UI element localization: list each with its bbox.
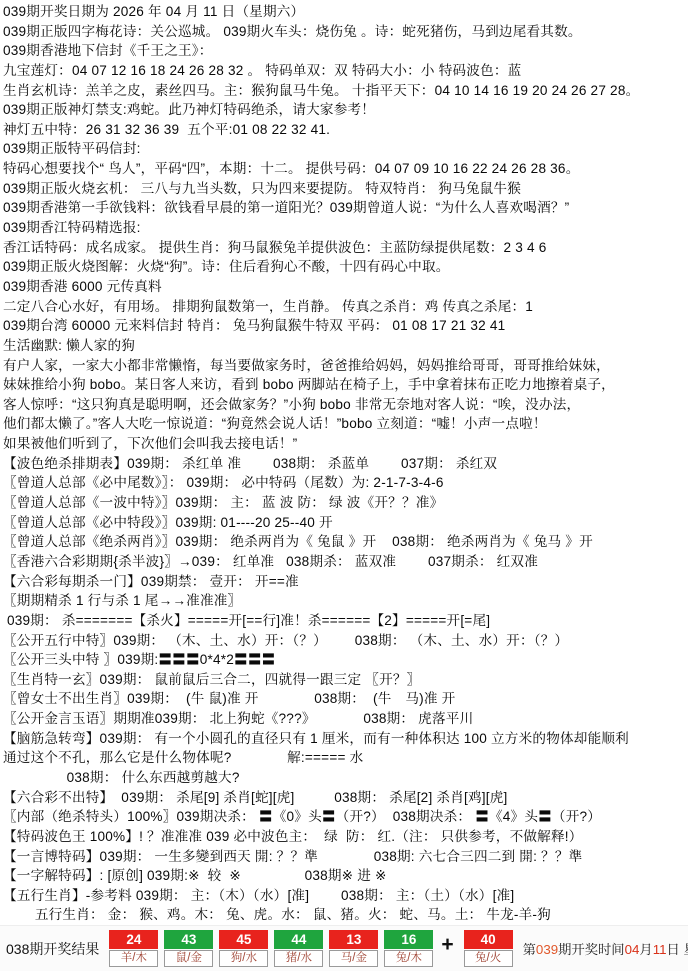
ball-zodiac: 兔/火 (464, 950, 513, 967)
next-draw-day-unit: 日 星期 (667, 942, 688, 957)
doc-line: 〖香港六合彩期期{杀半波}〗→039： 红单准 038期杀： 蓝双准 037期杀… (3, 552, 688, 572)
doc-line: 039期正版火烧图解：火烧“狗”。诗：住后看狗心不酸，十四有码心中取。 (3, 257, 688, 277)
doc-line: 039期正版火烧玄机： 三八与九当头数，只为四来要提防。 特双特肖： 狗马兔鼠牛… (3, 179, 688, 199)
result-balls: 24 羊/木 43 鼠/金 45 狗/水 44 猪/水 13 马/金 16 兔/… (109, 930, 512, 967)
doc-line: 如果被他们听到了，下次他们会叫我去接电话！” (3, 434, 688, 454)
doc-line: 通过这个不孔，那么它是什么物体呢? 解:===== 水 (3, 748, 688, 768)
doc-line: 他们都太懒了。”客人大吃一惊说道：“狗竟然会说人话！”bobo 立刻道：“嘘！小… (3, 414, 688, 434)
ball-zodiac: 马/金 (329, 950, 378, 967)
doc-line: 神灯五中特：26 31 32 36 39 五个平:01 08 22 32 41. (3, 120, 688, 140)
ball-zodiac: 兔/木 (384, 950, 433, 967)
doc-line: 〖内部（绝杀特头）100%〗039期决杀： 〓《0》头〓（开?） 038期决杀：… (3, 807, 688, 827)
doc-line: 〖曾道人总部《必中尾数》〗： 039期： 必中特码（尾数）为: 2-1-7-3-… (3, 473, 688, 493)
result-ball: 44 猪/水 (274, 930, 323, 967)
result-ball: 45 狗/水 (219, 930, 268, 967)
doc-line: 〖公开三头中特 〗039期:〓〓〓0*4*2〓〓〓 (3, 650, 688, 670)
next-draw-prefix: 第 (523, 942, 536, 957)
doc-line: 九宝莲灯：04 07 12 16 18 24 26 28 32 。 特码单双：双… (3, 61, 688, 81)
doc-line: 039期正版特平码信封: (3, 139, 688, 159)
doc-line: 〖公开金言玉语〗期期准039期： 北上狗蛇《???》 038期： 虎落平川 (3, 709, 688, 729)
doc-line: 生肖玄机诗：羔羊之皮，素丝四马。主：猴狗鼠马牛兔。 十指平天下：04 10 14… (3, 81, 688, 101)
doc-line: 039期： 杀=======【杀火】=====开[==行]准！杀======【2… (3, 611, 688, 631)
tip-sheet-document: 039期开奖日期为 2026 年 04 月 11 日（星期六） 039期正版四字… (0, 0, 688, 925)
doc-line: 039期香港地下信封《千王之王》： (3, 41, 688, 61)
plus-sign: + (441, 933, 453, 957)
ball-number: 40 (464, 930, 513, 949)
doc-line: 039期台湾 60000 元来料信封 特肖： 兔马狗鼠猴牛特双 平码： 01 0… (3, 316, 688, 336)
special-number-ball: 40 兔/火 (464, 930, 513, 967)
ball-number: 44 (274, 930, 323, 949)
next-draw-month: 04 (625, 942, 640, 957)
doc-line: 客人惊呼：“这只狗真是聪明啊，还会做家务？”小狗 bobo 非常无奈地对客人说：… (3, 395, 688, 415)
next-draw-label: 期开奖时间 (558, 942, 624, 957)
doc-line: 【一字解特码】: [原创] 039期:※ 较 ※ 038期※ 进 ※ (3, 866, 688, 886)
doc-line: 〖公开五行中特〗039期： （木、土、水）开：（？） 038期： （木、土、水）… (3, 631, 688, 651)
ball-zodiac: 猪/水 (274, 950, 323, 967)
doc-line: 〖期期精杀 1 行与杀 1 尾→→准准准〗 (3, 591, 688, 611)
doc-line: 〖曾道人总部《必中特段》〗039期: 01----20 25--40 开 (3, 513, 688, 533)
doc-line: 039期正版神灯禁支:鸡蛇。此乃神灯特码绝杀，请大家参考！ (3, 100, 688, 120)
doc-line: 038期： 什么东西越剪越大? (3, 768, 688, 788)
doc-line: 二定八合心水好，有用场。 排期狗鼠数第一，生肖静。 传真之杀肖：鸡 传真之杀尾：… (3, 297, 688, 317)
doc-line: 039期香江特码精选报: (3, 218, 688, 238)
ball-number: 43 (164, 930, 213, 949)
doc-line: 039期香港 6000 元传真料 (3, 277, 688, 297)
doc-line: 【一言博特码】039期： 一生多變到西天 開: ？？準 038期: 六七合三四二… (3, 847, 688, 867)
result-ball: 24 羊/木 (109, 930, 158, 967)
ball-zodiac: 羊/木 (109, 950, 158, 967)
doc-line: 〖曾女士不出生肖〗039期： (牛 鼠)准 开 038期： (牛 马)准 开 (3, 689, 688, 709)
doc-line: 〖曾道人总部《绝杀两肖》〗039期： 绝杀两肖为《 兔鼠 》开 038期： 绝杀… (3, 532, 688, 552)
ball-zodiac: 鼠/金 (164, 950, 213, 967)
doc-line: 【脑筋急转弯】039期： 有一个小圆孔的直径只有 1 厘米，而有一种体积达 10… (3, 729, 688, 749)
result-ball: 13 马/金 (329, 930, 378, 967)
doc-line: 【六合彩每期杀一门】039期禁： 壹开： 开==准 (3, 572, 688, 592)
result-ball: 16 兔/木 (384, 930, 433, 967)
doc-line: 〖曾道人总部《一波中特》〗039期： 主： 蓝 波 防： 绿 波《开？？准》 (3, 493, 688, 513)
doc-line: 【五行生肖】-参考料 039期： 主：（木）（水）[准] 038期： 主：（土）… (3, 886, 688, 906)
doc-line: 生活幽默: 懒人家的狗 (3, 336, 688, 356)
doc-line: 特码心想要找个“ 鸟人”，平码“四”，本期：十二。 提供号码：04 07 09 … (3, 159, 688, 179)
doc-line: 039期香港第一手欲钱料：欲钱看早晨的第一道阳光？039期曾道人说：“为什么人喜… (3, 198, 688, 218)
doc-line: 【六合彩不出特】 039期： 杀尾[9] 杀肖[蛇][虎] 038期： 杀尾[2… (3, 788, 688, 808)
doc-line: 妹妹推给小狗 bobo。某日客人来访，看到 bobo 两脚站在椅子上，手中拿着抹… (3, 375, 688, 395)
doc-line: 039期正版四字梅花诗：关公巡城。 039期火车头：烧伤兔 。诗：蛇死猪伤，马到… (3, 22, 688, 42)
draw-results-bar: 038期开奖结果 24 羊/木 43 鼠/金 45 狗/水 44 猪/水 13 … (0, 925, 688, 971)
doc-line: 有户人家，一家大小都非常懒惰，每当要做家务时，爸爸推给妈妈，妈妈推给哥哥，哥哥推… (3, 356, 688, 376)
result-ball: 43 鼠/金 (164, 930, 213, 967)
ball-number: 16 (384, 930, 433, 949)
doc-line: 039期开奖日期为 2026 年 04 月 11 日（星期六） (3, 2, 688, 22)
doc-line: 【波色绝杀排期表】039期： 杀红单 准 038期： 杀蓝单 037期： 杀红双 (3, 454, 688, 474)
next-draw-issue: 039 (536, 942, 558, 957)
doc-line: 〖生肖特一玄〗039期： 鼠前鼠后三合二，四就得一跟三定 〖开？〗 (3, 670, 688, 690)
ball-number: 45 (219, 930, 268, 949)
results-label: 038期开奖结果 (6, 939, 99, 959)
ball-number: 13 (329, 930, 378, 949)
next-draw-day: 11 (653, 942, 667, 957)
ball-number: 24 (109, 930, 158, 949)
next-draw-month-unit: 月 (639, 942, 652, 957)
doc-line: 香江话特码：成名成家。 提供生肖：狗马鼠猴兔羊提供波色：主蓝防绿提供尾数：2 3… (3, 238, 688, 258)
next-draw-info: 第039期开奖时间04月11日 星期六21:30 (523, 939, 688, 958)
doc-line: 【特码波色王 100%】! ？准准准 039 必中波色主： 绿 防： 红.（注：… (3, 827, 688, 847)
ball-zodiac: 狗/水 (219, 950, 268, 967)
doc-line: 五行生肖： 金： 猴、鸡。木： 兔、虎。水： 鼠、猪。火： 蛇、马。土： 牛龙-… (3, 905, 688, 925)
